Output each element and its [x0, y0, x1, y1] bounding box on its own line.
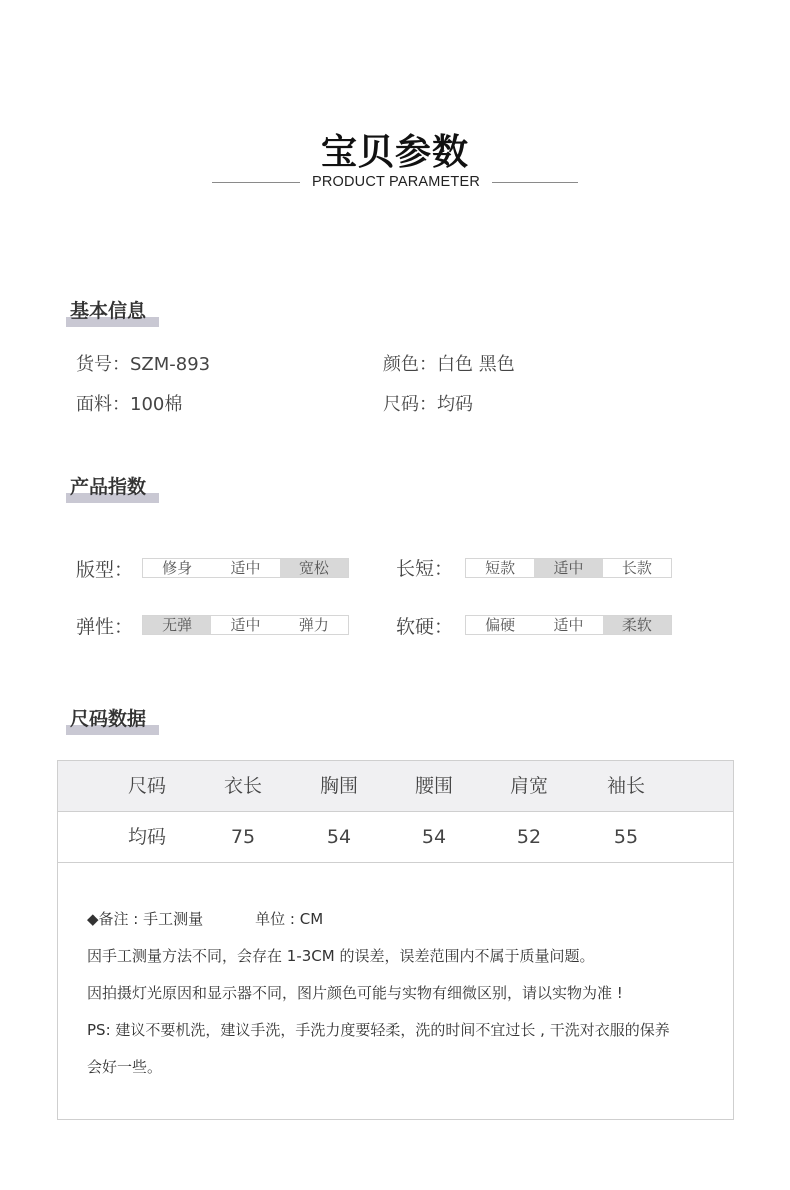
table-cell: 54 — [299, 812, 379, 863]
index-option-selected: 宽松 — [280, 559, 348, 577]
section-heading-text: 基本信息 — [66, 297, 146, 325]
index-scale-elasticity: 无弹 适中 弹力 — [142, 615, 349, 635]
table-cell: 52 — [489, 812, 569, 863]
index-scale-length: 短款 适中 长款 — [465, 558, 672, 578]
table-header-cell: 胸围 — [299, 761, 379, 812]
size-table: 尺码 衣长 胸围 腰围 肩宽 袖长 均码 75 54 54 52 55 ◆备注 … — [57, 760, 734, 1120]
section-heading-product-index: 产品指数 — [66, 473, 146, 503]
page-subtitle: PRODUCT PARAMETER — [300, 174, 492, 190]
index-option: 修身 — [143, 559, 211, 577]
index-option-selected: 无弹 — [143, 616, 211, 634]
table-cell: 55 — [586, 812, 666, 863]
info-item-size: 尺码：均码 — [383, 390, 473, 416]
note-line: 因拍摄灯光原因和显示器不同，图片颜色可能与实物有细微区别，请以实物为准 ! — [87, 975, 717, 1012]
index-option: 长款 — [603, 559, 671, 577]
section-heading-text: 尺码数据 — [66, 705, 146, 733]
info-label: 尺码： — [383, 394, 437, 415]
index-option-selected: 柔软 — [603, 616, 671, 634]
index-scale-softness: 偏硬 适中 柔软 — [465, 615, 672, 635]
index-option: 弹力 — [280, 616, 348, 634]
info-value: 均码 — [437, 394, 473, 415]
table-header-cell: 腰围 — [394, 761, 474, 812]
info-label: 颜色： — [383, 354, 437, 375]
note-unit: 单位 : CM — [255, 910, 323, 928]
index-option: 适中 — [211, 559, 279, 577]
table-header-cell: 袖长 — [586, 761, 666, 812]
info-value: 100棉 — [130, 394, 182, 415]
page-title: 宝贝参数 — [0, 124, 790, 175]
index-option: 适中 — [534, 616, 602, 634]
index-option-selected: 适中 — [534, 559, 602, 577]
table-header-cell: 衣长 — [203, 761, 283, 812]
table-cell: 75 — [203, 812, 283, 863]
info-item-sku: 货号：SZM-893 — [76, 350, 210, 376]
index-label-fit: 版型： — [76, 555, 133, 582]
table-cell: 均码 — [107, 812, 187, 863]
table-cell: 54 — [394, 812, 474, 863]
index-label-elasticity: 弹性： — [76, 612, 133, 639]
info-item-fabric: 面料：100棉 — [76, 390, 182, 416]
table-header-cell: 尺码 — [107, 761, 187, 812]
info-item-color: 颜色：白色 黑色 — [383, 350, 515, 376]
note-line: PS: 建议不要机洗，建议手洗，手洗力度要轻柔，洗的时间不宜过长 , 干洗对衣服… — [87, 1012, 717, 1049]
note-line: 会好一些。 — [87, 1049, 717, 1086]
section-heading-size-data: 尺码数据 — [66, 705, 146, 735]
section-heading-basic-info: 基本信息 — [66, 297, 146, 327]
table-header-cell: 肩宽 — [489, 761, 569, 812]
note-remark: ◆备注 : 手工测量 — [87, 910, 203, 928]
info-value: 白色 黑色 — [437, 354, 515, 375]
index-option: 偏硬 — [466, 616, 534, 634]
index-option: 短款 — [466, 559, 534, 577]
note-line: 因手工测量方法不同，会存在 1-3CM 的误差，误差范围内不属于质量问题。 — [87, 938, 717, 975]
table-header-row: 尺码 衣长 胸围 腰围 肩宽 袖长 — [58, 761, 733, 812]
divider-left — [212, 182, 300, 183]
table-row: 均码 75 54 54 52 55 — [58, 812, 733, 863]
measurement-notes: ◆备注 : 手工测量单位 : CM 因手工测量方法不同，会存在 1-3CM 的误… — [87, 901, 717, 1086]
index-label-softness: 软硬： — [396, 612, 453, 639]
index-label-length: 长短： — [396, 554, 453, 581]
divider-right — [492, 182, 578, 183]
info-value: SZM-893 — [130, 354, 210, 375]
info-label: 面料： — [76, 394, 130, 415]
info-label: 货号： — [76, 354, 130, 375]
section-heading-text: 产品指数 — [66, 473, 146, 501]
index-option: 适中 — [211, 616, 279, 634]
page-subtitle-row: PRODUCT PARAMETER — [0, 174, 790, 192]
index-scale-fit: 修身 适中 宽松 — [142, 558, 349, 578]
note-remark-line: ◆备注 : 手工测量单位 : CM — [87, 901, 717, 938]
